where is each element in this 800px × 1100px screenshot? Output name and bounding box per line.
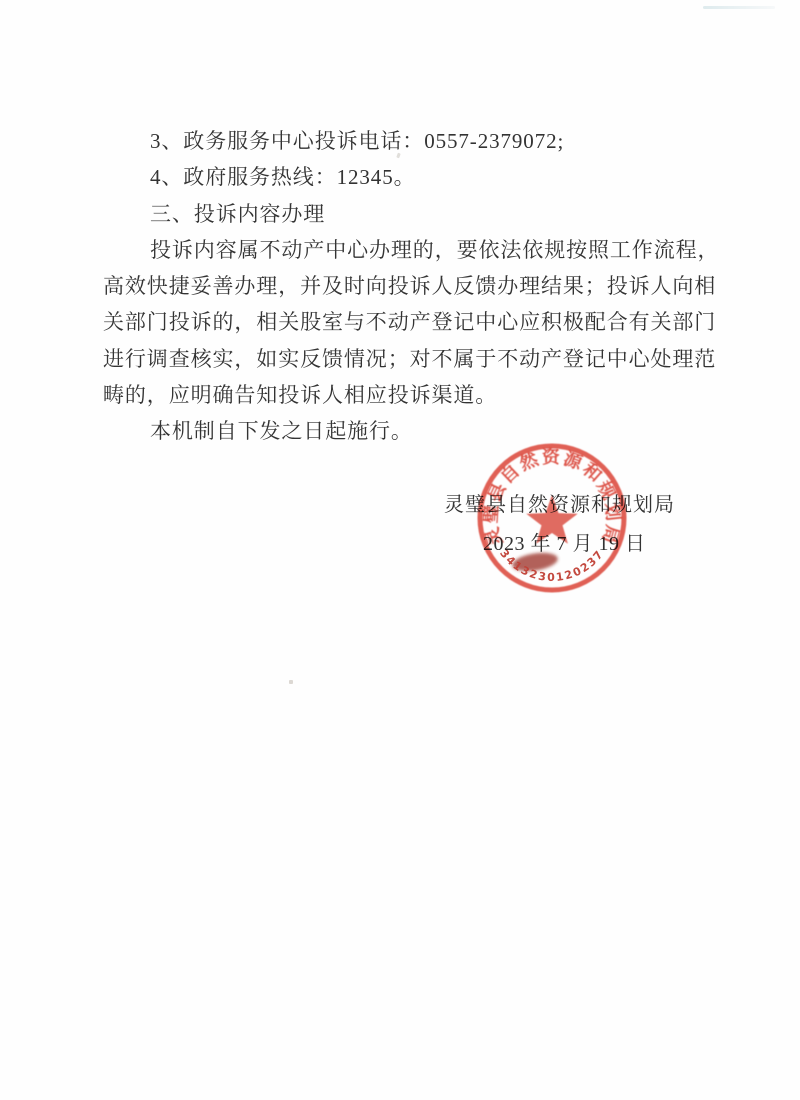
body-line-section-heading: 三、投诉内容办理 [103, 196, 721, 232]
body-line-paragraph-5: 畴的，应明确告知投诉人相应投诉渠道。 [103, 377, 721, 413]
scanned-document-page: 3、政务服务中心投诉电话：0557-2379072; 4、政府服务热线：1234… [0, 0, 800, 1100]
seal-star-icon [526, 495, 577, 544]
document-body: 3、政务服务中心投诉电话：0557-2379072; 4、政府服务热线：1234… [103, 123, 721, 450]
body-line-hotline-3: 3、政务服务中心投诉电话：0557-2379072; [103, 123, 721, 159]
body-line-paragraph-4: 进行调查核实，如实反馈情况；对不属于不动产登记中心处理范 [103, 341, 721, 377]
body-line-paragraph-1: 投诉内容属不动产中心办理的，要依法依规按照工作流程， [103, 232, 721, 268]
body-line-hotline-4: 4、政府服务热线：12345。 [103, 159, 721, 195]
scan-speck [289, 680, 293, 684]
body-line-paragraph-3: 关部门投诉的，相关股室与不动产登记中心应积极配合有关部门 [103, 304, 721, 340]
official-seal: 灵璧县自然资源和规划局 3413230120237 [452, 418, 652, 618]
body-line-paragraph-2: 高效快捷妥善办理，并及时向投诉人反馈办理结果；投诉人向相 [103, 268, 721, 304]
scan-artifact-line [703, 6, 775, 9]
